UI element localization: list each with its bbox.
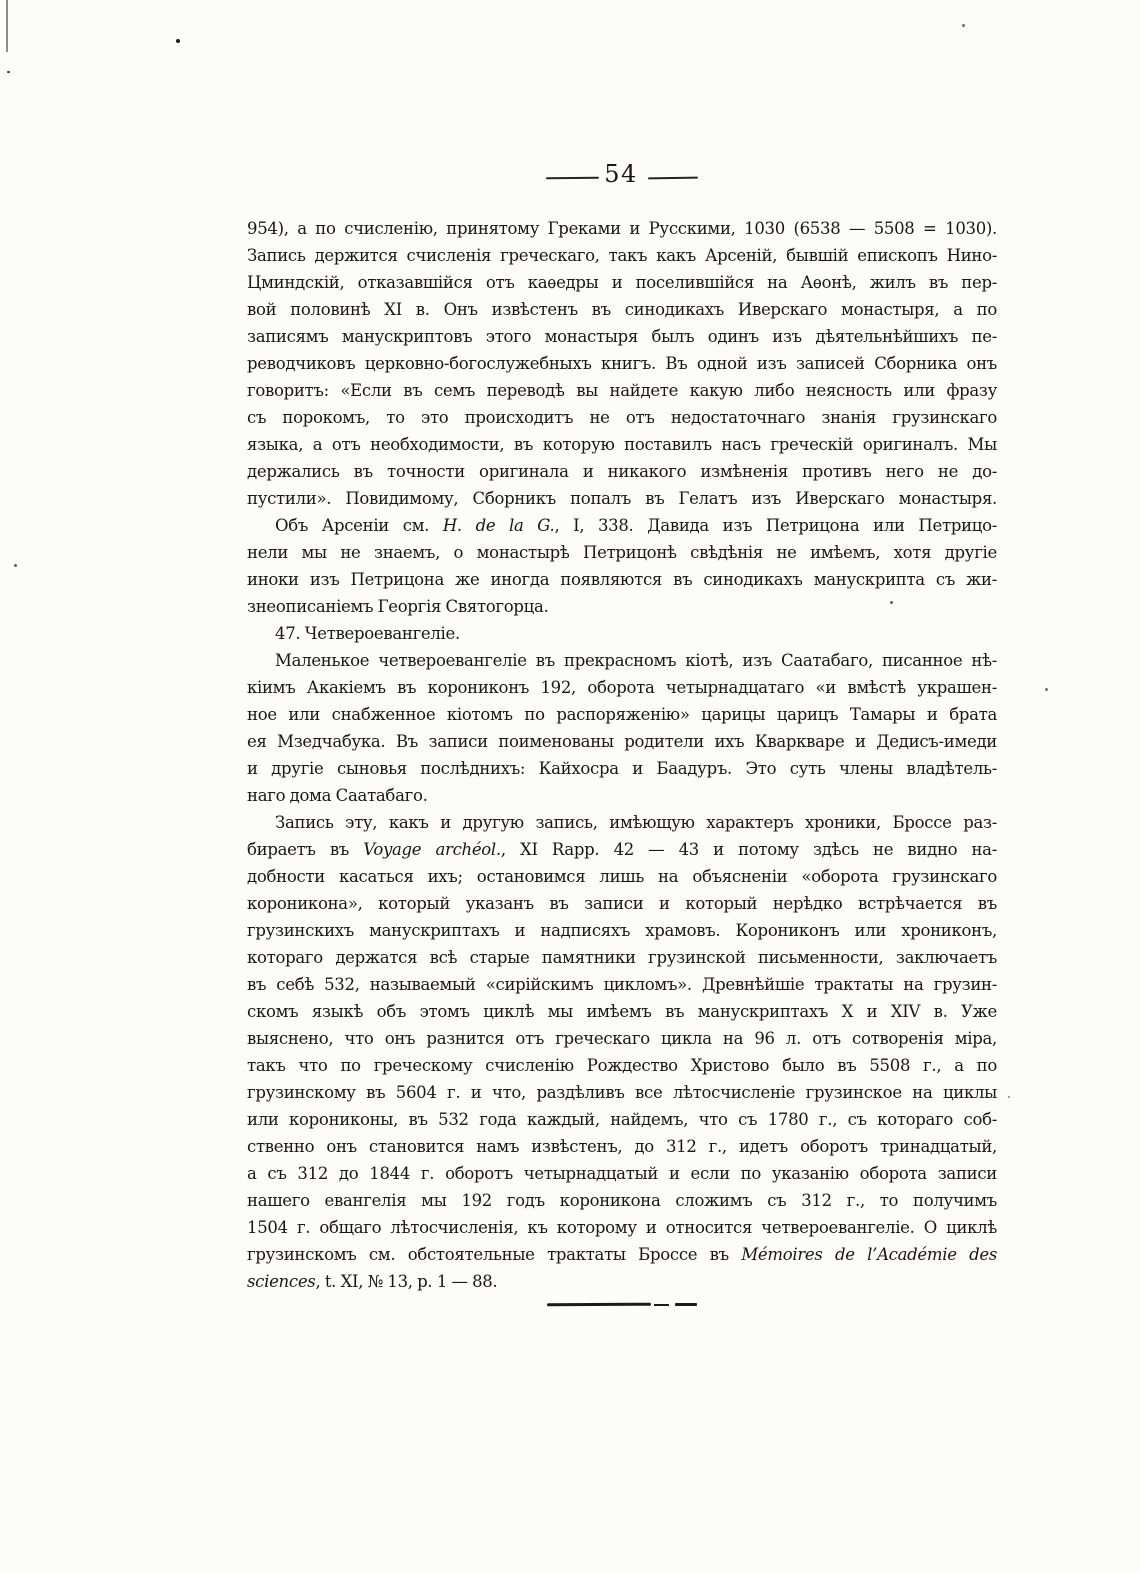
text-line: реводчиковъ церковно-богослужебныхъ книг… [247, 350, 997, 377]
text-line: sciences, t. XI, № 13, p. 1 — 88. [247, 1268, 997, 1295]
text-line: держались въ точности оригинала и никако… [247, 458, 997, 485]
text-segment: Запись держится счисленія греческаго, та… [247, 246, 997, 265]
text-segment: нели мы не знаемъ, о монастырѣ Петрицонѣ… [247, 543, 997, 562]
text-line: иноки изъ Петрицона же иногда появляются… [247, 566, 997, 593]
text-line: Маленькое четвероевангеліе въ прекрасном… [247, 647, 997, 674]
text-block: 954), а по счисленію, принятому Греками … [247, 215, 997, 1295]
text-segment-italic: H. de la G. [443, 516, 555, 535]
text-line: ственно онъ становится намъ извѣстенъ, д… [247, 1133, 997, 1160]
text-segment: ственно онъ становится намъ извѣстенъ, д… [247, 1137, 997, 1156]
text-segment: ное или снабженное кіотомъ по распоряжен… [247, 705, 997, 724]
paragraph-2: Объ Арсеніи см. H. de la G., I, 338. Дав… [247, 512, 997, 620]
text-line: грузинскихъ манускриптахъ и надписяхъ хр… [247, 917, 997, 944]
text-line: 47. Четвероевангеліе. [247, 620, 997, 647]
text-line: пустили». Повидимому, Сборникъ попалъ въ… [247, 485, 997, 512]
text-segment: кіимъ Акакіемъ въ корониконъ 192, оборот… [247, 678, 997, 697]
text-segment: держались въ точности оригинала и никако… [247, 462, 997, 481]
text-line: выяснено, что онъ разнится отъ греческаг… [247, 1025, 997, 1052]
text-segment: въ себѣ 532, называемый «сирійскимъ цикл… [247, 975, 997, 994]
page-header: 54 [0, 158, 1140, 194]
text-segment: а съ 312 до 1844 г. оборотъ четырнадцаты… [247, 1164, 997, 1183]
text-line: а съ 312 до 1844 г. оборотъ четырнадцаты… [247, 1160, 997, 1187]
text-segment: бираетъ въ [247, 840, 363, 859]
text-line: бираетъ въ Voyage archéol., XI Rapp. 42 … [247, 836, 997, 863]
text-segment: языка, а отъ необходимости, въ которую п… [247, 435, 997, 454]
text-line: такъ что по греческому счисленію Рождест… [247, 1052, 997, 1079]
text-segment: скомъ языкѣ объ этомъ циклѣ мы имѣемъ въ… [247, 1002, 997, 1021]
text-segment: иноки изъ Петрицона же иногда появляются… [247, 570, 997, 589]
text-segment: или корониконы, въ 532 года каждый, найд… [247, 1110, 997, 1129]
page-number: 54 [600, 160, 642, 188]
text-segment: добности касаться ихъ; остановимся лишь … [247, 867, 997, 886]
text-line: добности касаться ихъ; остановимся лишь … [247, 863, 997, 890]
text-line: короникона», который указанъ въ записи и… [247, 890, 997, 917]
paragraph-5: Запись эту, какъ и другую запись, имѣющу… [247, 809, 997, 1295]
text-segment-italic: sciences [247, 1272, 315, 1291]
footer-rule-segment [675, 1303, 697, 1306]
text-segment: грузинскомъ см. обстоятельные трактаты Б… [247, 1245, 741, 1264]
footer-rule-segment [654, 1304, 669, 1306]
text-segment: реводчиковъ церковно-богослужебныхъ книг… [247, 354, 997, 373]
text-segment: грузинскихъ манускриптахъ и надписяхъ хр… [247, 921, 997, 940]
text-segment: съ порокомъ, то это происходитъ не отъ н… [247, 408, 997, 427]
text-line: Цминдскій, отказавшійся отъ каѳедры и по… [247, 269, 997, 296]
text-segment: Цминдскій, отказавшійся отъ каѳедры и по… [247, 273, 997, 292]
text-segment: грузинскому въ 5604 г. и что, раздѣливъ … [247, 1083, 997, 1102]
text-line: или корониконы, въ 532 года каждый, найд… [247, 1106, 997, 1133]
text-segment: , t. XI, № 13, p. 1 — 88. [315, 1272, 497, 1291]
text-segment: котораго держатся всѣ старые памятники г… [247, 948, 997, 967]
paragraph-3: 47. Четвероевангеліе. [247, 620, 997, 647]
paragraph-1: 954), а по счисленію, принятому Греками … [247, 215, 997, 512]
text-segment: Объ Арсеніи см. [275, 516, 443, 535]
text-segment: выяснено, что онъ разнится отъ греческаг… [247, 1029, 997, 1048]
text-line: 954), а по счисленію, принятому Греками … [247, 215, 997, 242]
text-segment: наго дома Саатабаго. [247, 786, 428, 805]
text-line: языка, а отъ необходимости, въ которую п… [247, 431, 997, 458]
text-segment: вой половинѣ XI в. Онъ извѣстенъ въ сино… [247, 300, 997, 319]
text-line: съ порокомъ, то это происходитъ не отъ н… [247, 404, 997, 431]
scan-edge-line [6, 0, 8, 52]
text-line: знеописаніемъ Георгія Святогорца. [247, 593, 997, 620]
text-line: Запись держится счисленія греческаго, та… [247, 242, 997, 269]
text-line: котораго держатся всѣ старые памятники г… [247, 944, 997, 971]
text-line: 1504 г. общаго лѣтосчисленія, къ котором… [247, 1214, 997, 1241]
text-line: записямъ манускриптовъ этого монастыря б… [247, 323, 997, 350]
scan-speck [7, 71, 10, 73]
text-segment: пустили». Повидимому, Сборникъ попалъ въ… [247, 489, 997, 508]
text-segment: ея Мзедчабука. Въ записи поименованы род… [247, 732, 997, 751]
text-segment: говоритъ: «Если въ семъ переводѣ вы найд… [247, 381, 997, 400]
paragraph-4: Маленькое четвероевангеліе въ прекрасном… [247, 647, 997, 809]
text-segment: нашего евангелія мы 192 годъ короникона … [247, 1191, 997, 1210]
text-segment: Запись эту, какъ и другую запись, имѣющу… [275, 813, 997, 832]
text-segment: короникона», который указанъ въ записи и… [247, 894, 997, 913]
text-line: грузинскому въ 5604 г. и что, раздѣливъ … [247, 1079, 997, 1106]
text-segment: , I, 338. Давида изъ Петрицона или Петри… [554, 516, 997, 535]
text-line: въ себѣ 532, называемый «сирійскимъ цикл… [247, 971, 997, 998]
text-segment: Маленькое четвероевангеліе въ прекрасном… [275, 651, 997, 670]
text-line: ное или снабженное кіотомъ по распоряжен… [247, 701, 997, 728]
text-line: вой половинѣ XI в. Онъ извѣстенъ въ сино… [247, 296, 997, 323]
text-segment: знеописаніемъ Георгія Святогорца. [247, 597, 548, 616]
text-line: ея Мзедчабука. Въ записи поименованы род… [247, 728, 997, 755]
text-segment: , XI Rapp. 42 — 43 и потому здѣсь не вид… [501, 840, 997, 859]
text-line: Объ Арсеніи см. H. de la G., I, 338. Дав… [247, 512, 997, 539]
scan-speck [1008, 1096, 1010, 1098]
text-line: говоритъ: «Если въ семъ переводѣ вы найд… [247, 377, 997, 404]
scan-speck [1045, 688, 1048, 691]
header-rule-left [546, 177, 599, 180]
text-segment-italic: Voyage archéol. [363, 840, 501, 859]
text-segment: 1504 г. общаго лѣтосчисленія, къ котором… [247, 1218, 997, 1237]
text-line: кіимъ Акакіемъ въ корониконъ 192, оборот… [247, 674, 997, 701]
text-segment: записямъ манускриптовъ этого монастыря б… [247, 327, 997, 346]
header-rule-right [648, 177, 698, 180]
text-line: скомъ языкѣ объ этомъ циклѣ мы имѣемъ въ… [247, 998, 997, 1025]
scanned-book-page: 54 954), а по счисленію, принятому Грека… [0, 0, 1140, 1573]
text-line: нели мы не знаемъ, о монастырѣ Петрицонѣ… [247, 539, 997, 566]
text-line: и другіе сыновья послѣднихъ: Кайхосра и … [247, 755, 997, 782]
footer-rule-segment [547, 1303, 651, 1307]
text-segment-italic: Mémoires de l’Académie des [741, 1245, 997, 1264]
text-line: нашего евангелія мы 192 годъ короникона … [247, 1187, 997, 1214]
scan-speck [962, 24, 965, 27]
scan-speck [14, 564, 17, 567]
text-line: наго дома Саатабаго. [247, 782, 997, 809]
text-line: грузинскомъ см. обстоятельные трактаты Б… [247, 1241, 997, 1268]
text-segment: и другіе сыновья послѣднихъ: Кайхосра и … [247, 759, 997, 778]
text-line: Запись эту, какъ и другую запись, имѣющу… [247, 809, 997, 836]
scan-speck [176, 39, 180, 43]
text-segment: 954), а по счисленію, принятому Греками … [247, 219, 997, 238]
text-segment: такъ что по греческому счисленію Рождест… [247, 1056, 997, 1075]
text-segment: 47. Четвероевангеліе. [275, 624, 460, 643]
